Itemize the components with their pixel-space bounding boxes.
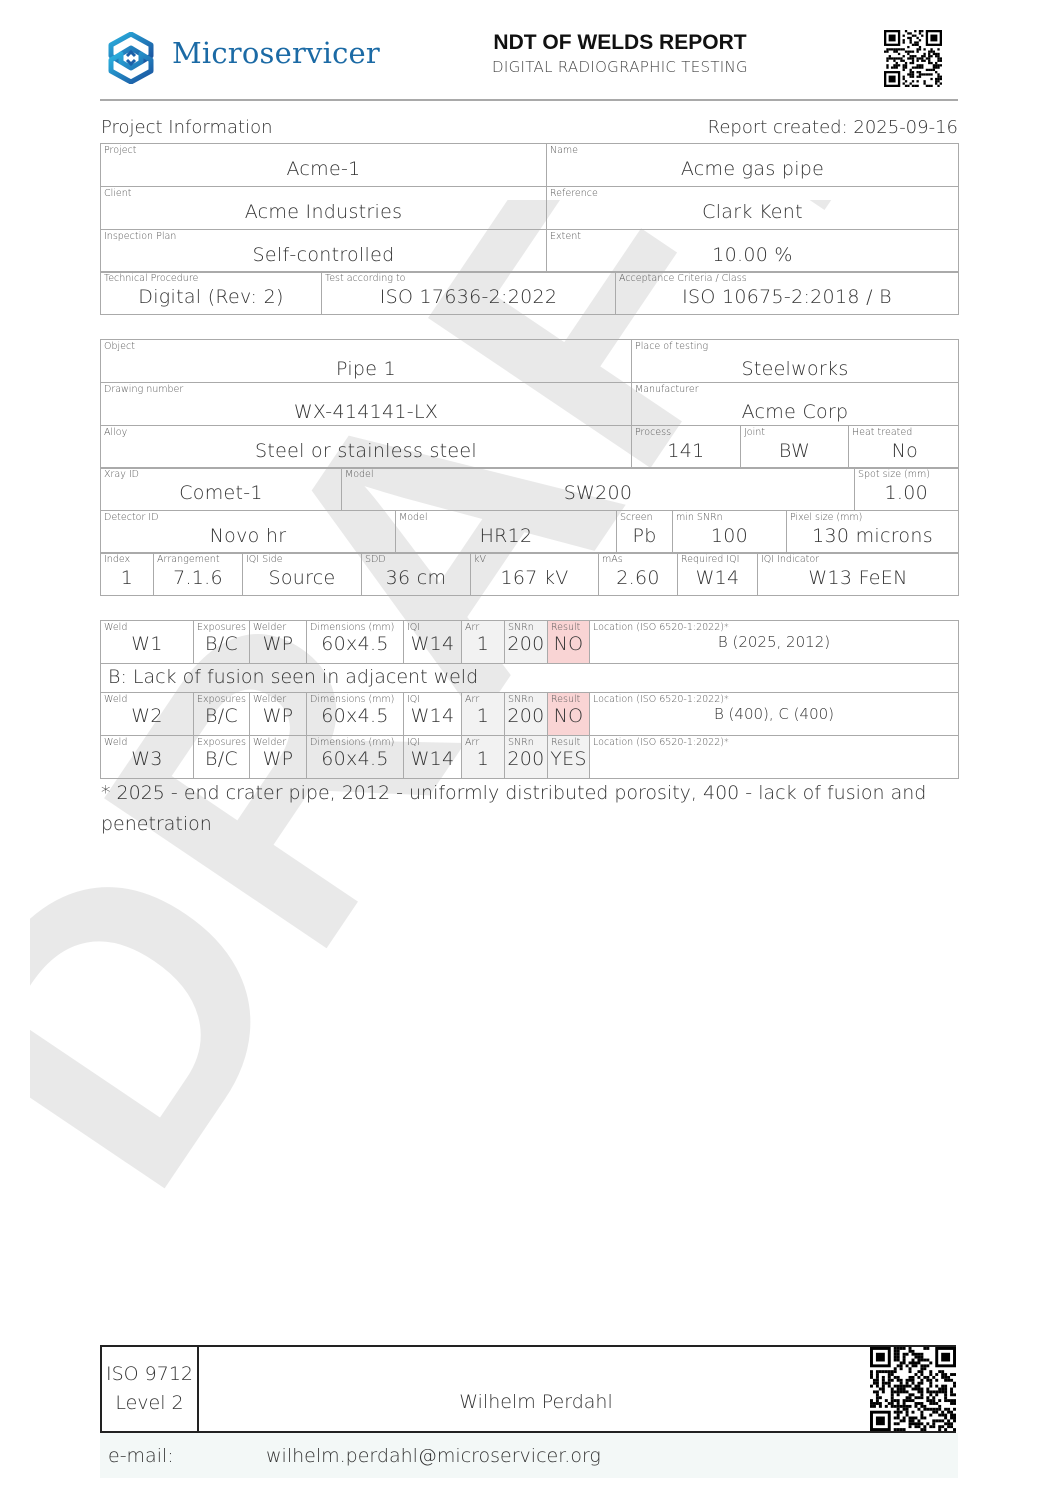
field-process: Process141 xyxy=(632,426,741,469)
field-manufacturer: ManufacturerAcme Corp xyxy=(632,383,959,426)
detector-table: Detector IDNovo hr ModelHR12 ScreenPb mi… xyxy=(100,510,959,554)
xray-table: Xray IDComet-1 ModelSW200 Spot size (mm)… xyxy=(100,467,959,511)
weld-dimensions-cell: Dimensions (mm)60x4.5 xyxy=(307,621,404,664)
table-row: WeldW1ExposuresB/CWelderWPDimensions (mm… xyxy=(101,621,959,664)
brand-name: Microservicer xyxy=(172,36,380,70)
field-value: SW200 xyxy=(342,468,854,504)
field-value: Acme-1 xyxy=(101,144,546,180)
weld-note: B: Lack of fusion seen in adjacent weld xyxy=(101,664,958,688)
qr-code-icon xyxy=(884,30,942,87)
field-screen: ScreenPb xyxy=(617,511,673,554)
field-value: 10.00 % xyxy=(547,230,958,266)
defect-codes-footnote: * 2025 - end crater pipe, 2012 - uniform… xyxy=(101,778,941,840)
weld-exposures-cell: ExposuresB/C xyxy=(194,621,250,664)
field-label: Heat treated xyxy=(852,427,912,438)
welds-table: WeldW1ExposuresB/CWelderWPDimensions (mm… xyxy=(100,620,959,779)
weld-snrn-cell: SNRn200 xyxy=(505,693,548,736)
field-test-according-to: Test according toISO 17636-2:2022 xyxy=(322,272,616,315)
certification-level-text: Level 2 xyxy=(102,1389,197,1418)
field-iqi-indicator: IQI IndicatorW13 FeEN xyxy=(758,553,959,596)
field-label: Xray ID xyxy=(104,469,139,480)
certification-standard: ISO 9712 xyxy=(102,1360,197,1389)
weld-arr-cell: Arr1 xyxy=(462,693,505,736)
inspector-name: Wilhelm Perdahl xyxy=(202,1391,870,1413)
column-label: Exposures xyxy=(197,622,246,633)
field-label: Manufacturer xyxy=(635,384,699,395)
email-label: e-mail: xyxy=(108,1445,174,1467)
field-project: ProjectAcme-1 xyxy=(101,144,547,187)
field-label: Test according to xyxy=(325,273,406,284)
column-label: SNRn xyxy=(508,622,534,633)
field-label: Object xyxy=(104,341,135,352)
column-label: Welder xyxy=(253,622,286,633)
field-detector-id: Detector IDNovo hr xyxy=(101,511,396,554)
project-info-table: ProjectAcme-1 NameAcme gas pipe ClientAc… xyxy=(100,143,959,273)
field-label: Inspection Plan xyxy=(104,231,176,242)
weld-weld-cell: WeldW1 xyxy=(101,621,194,664)
qr-code-icon xyxy=(870,1347,956,1431)
weld-iqi-cell: IQIW14 xyxy=(404,621,462,664)
field-joint: JointBW xyxy=(741,426,849,469)
field-label: Detector ID xyxy=(104,512,159,523)
weld-weld-cell: WeldW2 xyxy=(101,693,194,736)
column-label: Dimensions (mm) xyxy=(310,622,394,633)
email-link[interactable]: wilhelm.perdahl@microservicer.org xyxy=(266,1445,601,1467)
column-label: Welder xyxy=(253,737,286,748)
exposure-table: Index1 Arrangement7.1.6 IQI SideSource S… xyxy=(100,552,959,596)
field-kv: kV167 kV xyxy=(471,553,599,596)
column-label: Location (ISO 6520-1:2022)* xyxy=(593,694,729,705)
field-pixel-size: Pixel size (mm)130 microns xyxy=(787,511,959,554)
field-label: Index xyxy=(104,554,130,565)
field-extent: Extent10.00 % xyxy=(547,230,959,273)
hexagon-chain-logo-icon xyxy=(107,32,155,84)
certification-level: ISO 9712 Level 2 xyxy=(102,1347,199,1431)
field-min-snrn: min SNRn100 xyxy=(673,511,787,554)
weld-welder-cell: WelderWP xyxy=(250,736,307,779)
field-label: mAs xyxy=(602,554,623,565)
field-mas: mAs2.60 xyxy=(599,553,678,596)
weld-exposures-cell: ExposuresB/C xyxy=(194,693,250,736)
field-acceptance-criteria: Acceptance Criteria / ClassISO 10675-2:2… xyxy=(616,272,959,315)
field-name: NameAcme gas pipe xyxy=(547,144,959,187)
column-label: Arr xyxy=(465,694,479,705)
field-required-iqi: Required IQIW14 xyxy=(678,553,758,596)
field-label: Technical Procedure xyxy=(104,273,198,284)
field-drawing-number: Drawing numberWX-414141-LX xyxy=(101,383,632,426)
weld-weld-cell: WeldW3 xyxy=(101,736,194,779)
column-label: Exposures xyxy=(197,737,246,748)
field-label: Process xyxy=(635,427,671,438)
field-heat-treated: Heat treatedNo xyxy=(849,426,959,469)
weld-dimensions-cell: Dimensions (mm)60x4.5 xyxy=(307,736,404,779)
field-alloy: AlloySteel or stainless steel xyxy=(101,426,632,469)
table-row: WeldW2ExposuresB/CWelderWPDimensions (mm… xyxy=(101,693,959,736)
email-bar: e-mail: wilhelm.perdahl@microservicer.or… xyxy=(100,1433,958,1478)
procedure-table: Technical ProcedureDigital (Rev: 2) Test… xyxy=(100,271,959,315)
field-label: Screen xyxy=(620,512,653,523)
field-inspection-plan: Inspection PlanSelf-controlled xyxy=(101,230,547,273)
column-label: Dimensions (mm) xyxy=(310,737,394,748)
column-label: Arr xyxy=(465,737,479,748)
field-label: Acceptance Criteria / Class xyxy=(619,273,747,284)
field-xray-id: Xray IDComet-1 xyxy=(101,468,342,511)
weld-snrn-cell: SNRn200 xyxy=(505,621,548,664)
weld-location-cell: Location (ISO 6520-1:2022)*B (2025, 2012… xyxy=(590,621,959,664)
column-label: Location (ISO 6520-1:2022)* xyxy=(593,737,729,748)
column-label: IQI xyxy=(407,737,420,748)
weld-location-cell: Location (ISO 6520-1:2022)* xyxy=(590,736,959,779)
weld-iqi-cell: IQIW14 xyxy=(404,736,462,779)
field-arrangement: Arrangement7.1.6 xyxy=(154,553,243,596)
alloy-table: AlloySteel or stainless steel Process141… xyxy=(100,425,959,469)
field-sdd: SDD36 cm xyxy=(362,553,471,596)
weld-location-cell: Location (ISO 6520-1:2022)*B (400), C (4… xyxy=(590,693,959,736)
field-label: Model xyxy=(399,512,428,523)
field-label: Name xyxy=(550,145,578,156)
field-label: Drawing number xyxy=(104,384,183,395)
field-label: Required IQI xyxy=(681,554,739,565)
field-label: Reference xyxy=(550,188,598,199)
field-label: SDD xyxy=(365,554,386,565)
field-value: Pipe 1 xyxy=(101,340,631,380)
field-client: ClientAcme Industries xyxy=(101,187,547,230)
column-label: Result xyxy=(551,737,580,748)
field-value: Acme gas pipe xyxy=(547,144,958,180)
field-label: Joint xyxy=(744,427,765,438)
field-label: kV xyxy=(474,554,486,565)
field-value: 167 kV xyxy=(471,553,598,589)
weld-result-cell: ResultNO xyxy=(548,621,590,664)
weld-dimensions-cell: Dimensions (mm)60x4.5 xyxy=(307,693,404,736)
field-place-of-testing: Place of testingSteelworks xyxy=(632,340,959,383)
column-label: SNRn xyxy=(508,737,534,748)
weld-iqi-cell: IQIW14 xyxy=(404,693,462,736)
column-label: IQI xyxy=(407,694,420,705)
field-label: Place of testing xyxy=(635,341,708,352)
table-row: WeldW3ExposuresB/CWelderWPDimensions (mm… xyxy=(101,736,959,779)
field-label: Client xyxy=(104,188,132,199)
weld-note-row: B: Lack of fusion seen in adjacent weld xyxy=(101,664,959,693)
report-subtitle: DIGITAL RADIOGRAPHIC TESTING xyxy=(450,58,790,76)
field-value: Clark Kent xyxy=(547,187,958,223)
weld-welder-cell: WelderWP xyxy=(250,621,307,664)
weld-snrn-cell: SNRn200 xyxy=(505,736,548,779)
report-created-date: Report created: 2025-09-16 xyxy=(708,117,958,138)
field-label: Extent xyxy=(550,231,581,242)
column-label: Weld xyxy=(104,737,127,748)
field-xray-model: ModelSW200 xyxy=(342,468,855,511)
object-table: ObjectPipe 1 Place of testingSteelworks … xyxy=(100,339,959,426)
column-label: Result xyxy=(551,622,580,633)
column-label: IQI xyxy=(407,622,420,633)
column-label: Weld xyxy=(104,694,127,705)
column-label: Location (ISO 6520-1:2022)* xyxy=(593,622,729,633)
field-label: Project xyxy=(104,145,137,156)
field-label: Arrangement xyxy=(157,554,220,565)
column-label: Weld xyxy=(104,622,127,633)
field-index: Index1 xyxy=(101,553,154,596)
field-iqi-side: IQI SideSource xyxy=(243,553,362,596)
report-title: NDT OF WELDS REPORT xyxy=(470,31,770,55)
weld-exposures-cell: ExposuresB/C xyxy=(194,736,250,779)
field-label: IQI Indicator xyxy=(761,554,819,565)
field-label: Model xyxy=(345,469,374,480)
weld-welder-cell: WelderWP xyxy=(250,693,307,736)
field-reference: ReferenceClark Kent xyxy=(547,187,959,230)
weld-result-cell: ResultYES xyxy=(548,736,590,779)
field-object: ObjectPipe 1 xyxy=(101,340,632,383)
field-value: Steel or stainless steel xyxy=(101,426,631,462)
field-label: min SNRn xyxy=(676,512,723,523)
field-label: Spot size (mm) xyxy=(858,469,930,480)
field-label: IQI Side xyxy=(246,554,283,565)
section-title-project-information: Project Information xyxy=(101,117,273,138)
signature-block: ISO 9712 Level 2 Wilhelm Perdahl xyxy=(100,1345,956,1433)
weld-arr-cell: Arr1 xyxy=(462,621,505,664)
column-label: SNRn xyxy=(508,694,534,705)
field-label: Alloy xyxy=(104,427,127,438)
column-label: Arr xyxy=(465,622,479,633)
weld-result-cell: ResultNO xyxy=(548,693,590,736)
field-spot-size: Spot size (mm)1.00 xyxy=(855,468,959,511)
field-value: Acme Industries xyxy=(101,187,546,223)
field-detector-model: ModelHR12 xyxy=(396,511,617,554)
field-label: Pixel size (mm) xyxy=(790,512,862,523)
column-label: Result xyxy=(551,694,580,705)
column-label: Exposures xyxy=(197,694,246,705)
column-label: Dimensions (mm) xyxy=(310,694,394,705)
field-value: HR12 xyxy=(396,511,616,547)
field-technical-procedure: Technical ProcedureDigital (Rev: 2) xyxy=(101,272,322,315)
weld-arr-cell: Arr1 xyxy=(462,736,505,779)
column-label: Welder xyxy=(253,694,286,705)
header-divider xyxy=(100,99,958,101)
